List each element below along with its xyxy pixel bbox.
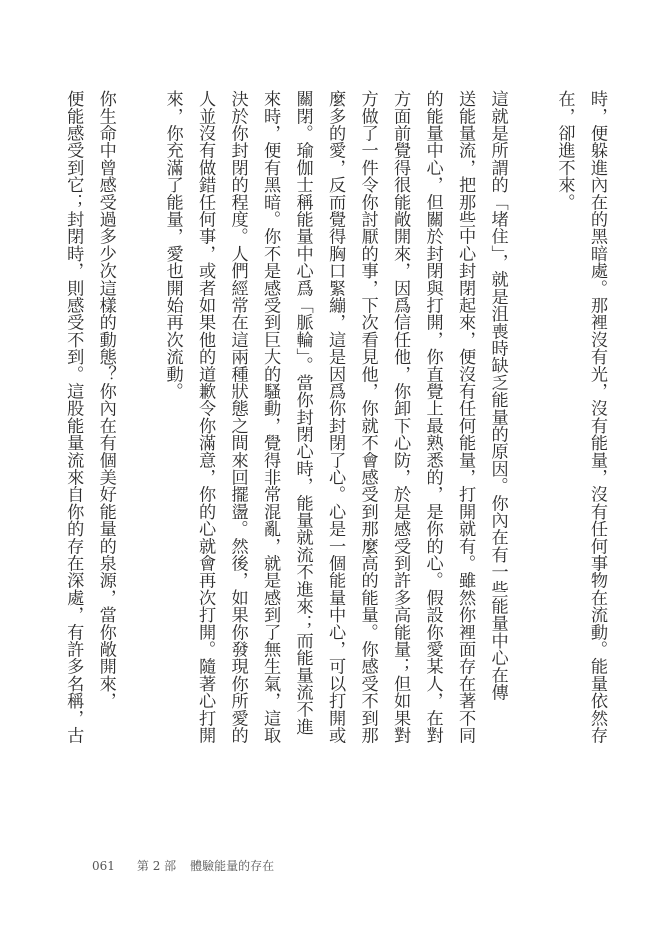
- text-column: 方面前覺得很能敞開來，因爲信任他，你卸下心防，於是感受到許多高能量；但如果對: [384, 90, 417, 754]
- text-column: 你生命中曾感受過多少次這樣的動態？你內在有個美好能量的泉源，當你敞開來，: [89, 90, 156, 754]
- vertical-body-text: 時，便躲進內在的黑暗處。那裡沒有光，沒有能量，沒有任何事物在流動。能量依然存 在…: [33, 90, 613, 754]
- text-column: 來時，便有黑暗。你不是感受到巨大的騷動，覺得非常混亂，就是感到了無生氣，這取: [254, 90, 287, 754]
- text-column: 送能量流，把那些中心封閉起來，便沒有任何能量，打開就有。雖然你裡面存在著不同: [449, 90, 482, 754]
- text-column: 來，你充滿了能量，愛也開始再次流動。: [156, 90, 189, 754]
- text-column: 麼多的愛，反而覺得胸口緊繃，這是因爲你封閉了心。心是一個能量中心，可以打開或: [319, 90, 352, 754]
- text-column: 在，卻進不來。: [548, 90, 581, 754]
- text-column: 方做了一件令你討厭的事，下次看見他，你就不會感受到那麼高的能量。你感受不到那: [351, 90, 384, 754]
- text-column: 關閉。瑜伽士稱能量中心爲「脈輪」。當你封閉心時，能量就流不進來；而能量流不進: [286, 90, 319, 754]
- text-column: 決於你封閉的程度。人們經常在這兩種狀態之間來回擺盪。然後，如果你發現你所愛的: [221, 90, 254, 754]
- text-column: 人並沒有做錯任何事，或者如果他的道歉令你滿意，你的心就會再次打開。隨著心打開: [189, 90, 222, 754]
- part-label: 第 2 部: [137, 857, 176, 874]
- page-footer: 061 第 2 部 體驗能量的存在: [92, 857, 274, 874]
- book-page: 時，便躲進內在的黑暗處。那裡沒有光，沒有能量，沒有任何事物在流動。能量依然存 在…: [0, 0, 663, 932]
- text-column: 時，便躲進內在的黑暗處。那裡沒有光，沒有能量，沒有任何事物在流動。能量依然存: [581, 90, 614, 754]
- section-title: 體驗能量的存在: [190, 857, 274, 874]
- page-number: 061: [92, 859, 115, 873]
- text-column: 這就是所謂的「堵住」，就是沮喪時缺乏能量的原因。你內在有一些能量中心在傳: [481, 90, 548, 754]
- text-column: 的能量中心，但關於封閉與打開，你直覺上最熟悉的，是你的心。假設你愛某人，在對: [416, 90, 449, 754]
- text-column: 便能感受到它；封閉時，則感受不到。這股能量流來自你的存在深處，有許多名稱，古: [57, 90, 90, 754]
